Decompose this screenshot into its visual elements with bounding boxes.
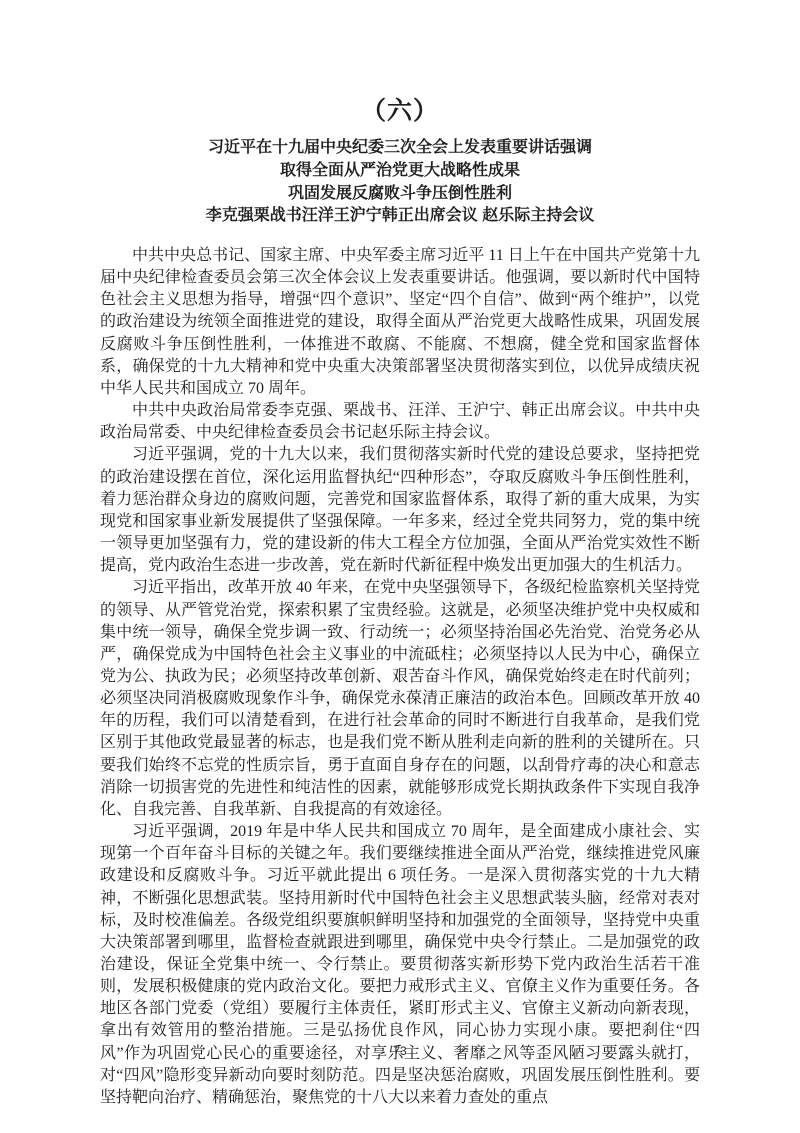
document-headline: 习近平在十九届中央纪委三次全会上发表重要讲话强调 取得全面从严治党更大战略性成果… bbox=[100, 137, 700, 228]
headline-line-1: 习近平在十九届中央纪委三次全会上发表重要讲话强调 bbox=[100, 137, 700, 160]
paragraph-5: 习近平强调，2019 年是中华人民共和国成立 70 周年，是全面建成小康社会、实… bbox=[100, 821, 700, 1109]
chapter-number: （六） bbox=[0, 94, 800, 128]
paragraph-1: 中共中央总书记、国家主席、中央军委主席习近平 11 日上午在中国共产党第十九届中… bbox=[100, 245, 700, 400]
document-page: （六） 习近平在十九届中央纪委三次全会上发表重要讲话强调 取得全面从严治党更大战… bbox=[0, 0, 800, 1133]
paragraph-2: 中共中央政治局常委李克强、栗战书、汪洋、王沪宁、韩正出席会议。中共中央政治局常委… bbox=[100, 400, 700, 444]
headline-line-3: 巩固发展反腐败斗争压倒性胜利 bbox=[100, 183, 700, 206]
paragraph-3: 习近平强调，党的十九大以来，我们贯彻落实新时代党的建设总要求，坚持把党的政治建设… bbox=[100, 444, 700, 577]
headline-line-2: 取得全面从严治党更大战略性成果 bbox=[100, 160, 700, 183]
paragraph-4: 习近平指出，改革开放 40 年来，在党中央坚强领导下，各级纪检监察机关坚持党的领… bbox=[100, 577, 700, 821]
page-number: 73 bbox=[0, 1044, 800, 1058]
headline-line-4: 李克强栗战书汪洋王沪宁韩正出席会议 赵乐际主持会议 bbox=[100, 205, 700, 228]
document-body: 中共中央总书记、国家主席、中央军委主席习近平 11 日上午在中国共产党第十九届中… bbox=[100, 245, 700, 1109]
